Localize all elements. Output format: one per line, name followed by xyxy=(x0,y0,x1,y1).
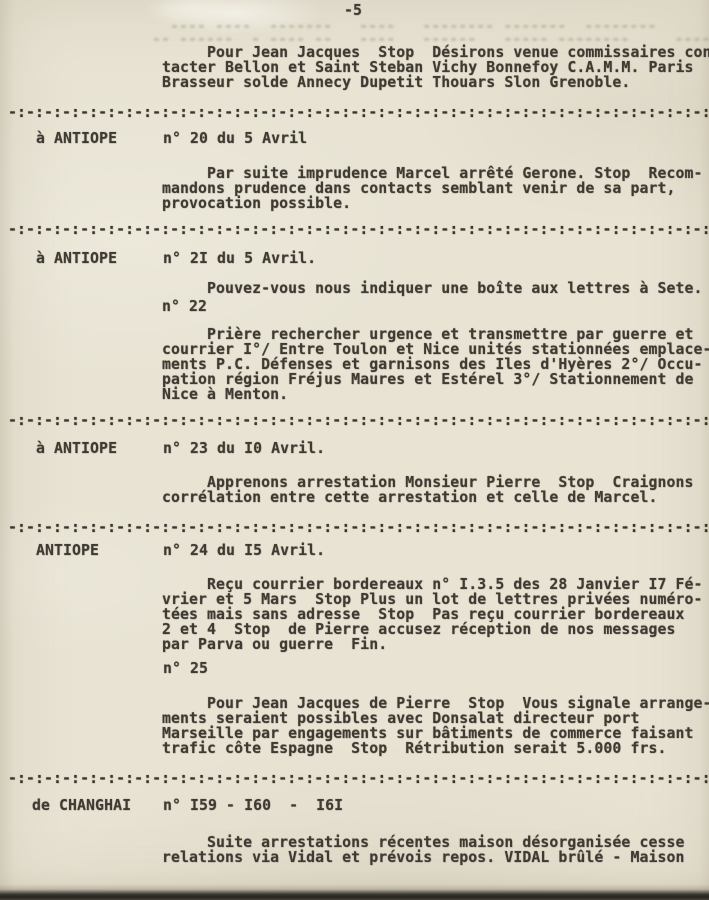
section-label-antiope-24: ANTIOPE xyxy=(36,543,99,558)
message-number-21: n° 2I du 5 Avril. xyxy=(163,251,316,266)
message-paragraph-22: Prière rechercher urgence et transmettre… xyxy=(162,327,709,402)
section-divider-1: -:-:-:-:-:-:-:-:-:-:-:-:-:-:-:-:-:-:-:-:… xyxy=(8,105,709,120)
message-number-25: n° 25 xyxy=(163,661,208,676)
message-number-23: n° 23 du I0 Avril. xyxy=(163,441,325,456)
section-label-antiope-20: à ANTIOPE xyxy=(36,131,117,146)
message-number-24: n° 24 du I5 Avril. xyxy=(163,543,325,558)
message-paragraph-24: Reçu courrier bordereaux n° I.3.5 des 28… xyxy=(162,577,703,652)
section-label-antiope-21: à ANTIOPE xyxy=(36,251,117,266)
message-paragraph-23: Apprenons arrestation Monsieur Pierre St… xyxy=(162,475,694,505)
message-paragraph-20: Par suite imprudence Marcel arrêté Geron… xyxy=(162,166,703,211)
document-page: -5 ---- ---- ------- ---- -------- -----… xyxy=(0,0,709,900)
message-number-changhai: n° I59 - I60 - I6I xyxy=(163,798,343,813)
page-number: -5 xyxy=(344,3,362,18)
section-divider-4: -:-:-:-:-:-:-:-:-:-:-:-:-:-:-:-:-:-:-:-:… xyxy=(8,520,709,535)
message-number-20: n° 20 du 5 Avril xyxy=(163,131,307,146)
message-line-21: Pouvez-vous nous indiquer une boîte aux … xyxy=(162,281,703,296)
scan-bottom-edge xyxy=(0,884,709,900)
section-divider-3: -:-:-:-:-:-:-:-:-:-:-:-:-:-:-:-:-:-:-:-:… xyxy=(8,413,709,428)
message-paragraph-changhai: Suite arrestations récentes maison désor… xyxy=(162,835,685,865)
message-number-22: n° 22 xyxy=(162,299,207,314)
section-label-antiope-23: à ANTIOPE xyxy=(36,441,117,456)
intro-message-paragraph: Pour Jean Jacques Stop Désirons venue co… xyxy=(162,45,709,90)
section-label-changhai: de CHANGHAI xyxy=(32,798,131,813)
section-divider-2: -:-:-:-:-:-:-:-:-:-:-:-:-:-:-:-:-:-:-:-:… xyxy=(8,222,709,237)
section-divider-5: -:-:-:-:-:-:-:-:-:-:-:-:-:-:-:-:-:-:-:-:… xyxy=(8,771,709,786)
message-paragraph-25: Pour Jean Jacques de Pierre Stop Vous si… xyxy=(162,696,709,756)
